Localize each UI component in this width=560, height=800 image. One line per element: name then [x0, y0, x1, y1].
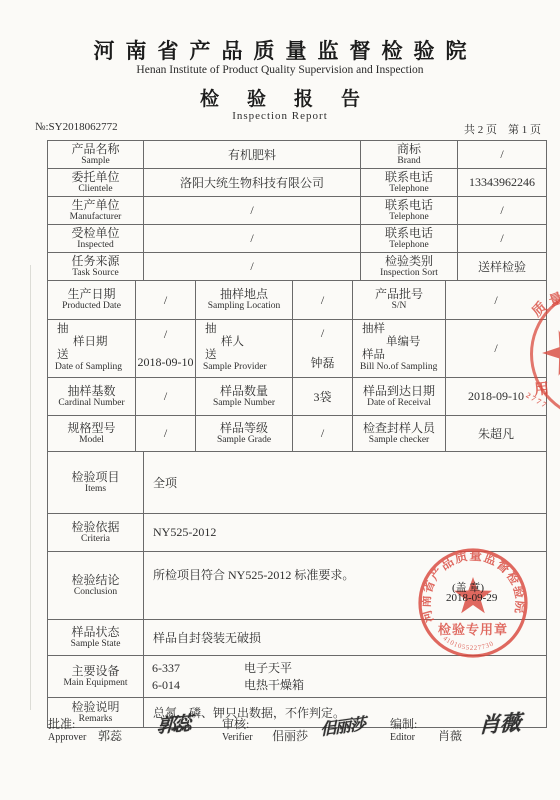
manufacturer-value: /: [144, 197, 361, 224]
telephone-value: /: [458, 197, 546, 224]
row-manufacturer: 生产单位Manufacturer / 联系电话Telephone /: [48, 197, 546, 225]
editor-name: 肖薇: [438, 727, 462, 744]
report-number: №:SY2018062772: [35, 121, 118, 133]
field-label: 样品等级Sample Grade: [196, 416, 293, 451]
field-label: 抽 样日期 送 Date of Sampling: [48, 320, 136, 377]
sampling-location-value: /: [293, 281, 353, 319]
telephone-value: /: [458, 225, 546, 252]
seal-label: 检验专用章: [438, 622, 508, 637]
row-inspected: 受检单位Inspected / 联系电话Telephone /: [48, 225, 546, 253]
row-items: 检验项目Items 全项: [48, 452, 546, 514]
sample-grade-value: /: [293, 416, 353, 451]
equipment-line: 6-337电子天平: [152, 660, 292, 677]
row-sampling: 抽 样日期 送 Date of Sampling / 2018-09-10 抽 …: [48, 320, 546, 378]
field-label: 检查封样人员Sample checker: [353, 416, 446, 451]
items-value: 全项: [144, 452, 546, 513]
report-title-cn: 检验报告: [0, 84, 560, 111]
seal-date: 2018-09-29: [446, 592, 497, 604]
clientele-value: 洛阳大统生物科技有限公司: [144, 169, 361, 196]
field-label: 生产单位Manufacturer: [48, 197, 144, 224]
field-label: 样品到达日期Date of Receival: [353, 378, 446, 415]
field-label: 商标Brand: [361, 141, 458, 168]
main-equipment-value: 6-337电子天平 6-014电热干燥箱: [144, 656, 546, 697]
production-date-value: /: [136, 281, 196, 319]
row-product-name: 产品名称Sample 有机肥料 商标Brand /: [48, 141, 546, 169]
inspection-sort-value: 送样检验: [458, 253, 546, 280]
verifier-name: 佀丽莎: [272, 727, 308, 744]
row-model: 规格型号Model / 样品等级Sample Grade / 检查封样人员Sam…: [48, 416, 546, 452]
institute-name-en: Henan Institute of Product Quality Super…: [0, 64, 560, 76]
field-label: 规格型号Model: [48, 416, 136, 451]
equipment-line: 6-014电热干燥箱: [152, 677, 304, 694]
field-label: 联系电话Telephone: [361, 225, 458, 252]
row-remarks: 检验说明Remarks 总氮、磷、钾只出数据，不作判定。: [48, 698, 546, 727]
institute-name-cn: 河南省产品质量监督检验院: [0, 35, 560, 65]
field-label: 抽样基数Cardinal Number: [48, 378, 136, 415]
row-clientele: 委托单位Clientele 洛阳大统生物科技有限公司 联系电话Telephone…: [48, 169, 546, 197]
field-label: 检验结论Conclusion: [48, 552, 144, 619]
field-label: 检验依据Criteria: [48, 514, 144, 551]
editor-signature: 肖薇: [479, 706, 522, 739]
field-label: 任务来源Task Source: [48, 253, 144, 280]
sample-name-value: 有机肥料: [144, 141, 361, 168]
page-edge-shadow: [30, 265, 31, 710]
editor-label: 编制: Editor: [390, 718, 417, 744]
brand-value: /: [458, 141, 546, 168]
field-label: 联系电话Telephone: [361, 197, 458, 224]
field-label: 生产日期Producted Date: [48, 281, 136, 319]
sample-number-value: 3袋: [293, 378, 353, 415]
field-label: 受检单位Inspected: [48, 225, 144, 252]
batch-no-value: /: [446, 281, 546, 319]
field-label: 委托单位Clientele: [48, 169, 144, 196]
field-label: 主要设备Main Equipment: [48, 656, 144, 697]
verifier-label: 审核: Verifier: [222, 718, 253, 744]
field-label: 产品批号S/N: [353, 281, 446, 319]
field-label: 联系电话Telephone: [361, 169, 458, 196]
model-value: /: [136, 416, 196, 451]
verifier-signature: 佀丽莎: [320, 711, 365, 740]
approver-signature: 郭蕊: [156, 708, 189, 738]
telephone-value: 13343962246: [458, 169, 546, 196]
edge-seal-star-icon: [536, 328, 560, 378]
field-label: 样品状态Sample State: [48, 620, 144, 655]
cardinal-number-value: /: [136, 378, 196, 415]
field-label: 抽 样人 送 Sample Provider: [196, 320, 293, 377]
field-label: 样品数量Sample Number: [196, 378, 293, 415]
row-cardinal-number: 抽样基数Cardinal Number / 样品数量Sample Number …: [48, 378, 546, 416]
inspection-report-page: 河南省产品质量监督检验院 Henan Institute of Product …: [0, 0, 560, 800]
task-source-value: /: [144, 253, 361, 280]
page-count: 共 2 页 第 1 页: [464, 121, 541, 137]
field-label: 检验项目Items: [48, 452, 144, 513]
approver-name: 郭蕊: [98, 727, 122, 744]
inspected-value: /: [144, 225, 361, 252]
row-main-equipment: 主要设备Main Equipment 6-337电子天平 6-014电热干燥箱: [48, 656, 546, 698]
approver-label: 批准: Approver: [48, 718, 86, 744]
sample-provider-value: / 钟磊: [293, 320, 353, 377]
field-label: 抽样地点Sampling Location: [196, 281, 293, 319]
row-production-date: 生产日期Producted Date / 抽样地点Sampling Locati…: [48, 281, 546, 320]
field-label: 产品名称Sample: [48, 141, 144, 168]
sampling-date-value: / 2018-09-10: [136, 320, 196, 377]
row-task-source: 任务来源Task Source / 检验类别Inspection Sort 送样…: [48, 253, 546, 281]
sample-checker-value: 朱超凡: [446, 416, 546, 451]
field-label: 抽样 单编号 样品 Bill No.of Sampling: [353, 320, 446, 377]
field-label: 检验类别Inspection Sort: [361, 253, 458, 280]
